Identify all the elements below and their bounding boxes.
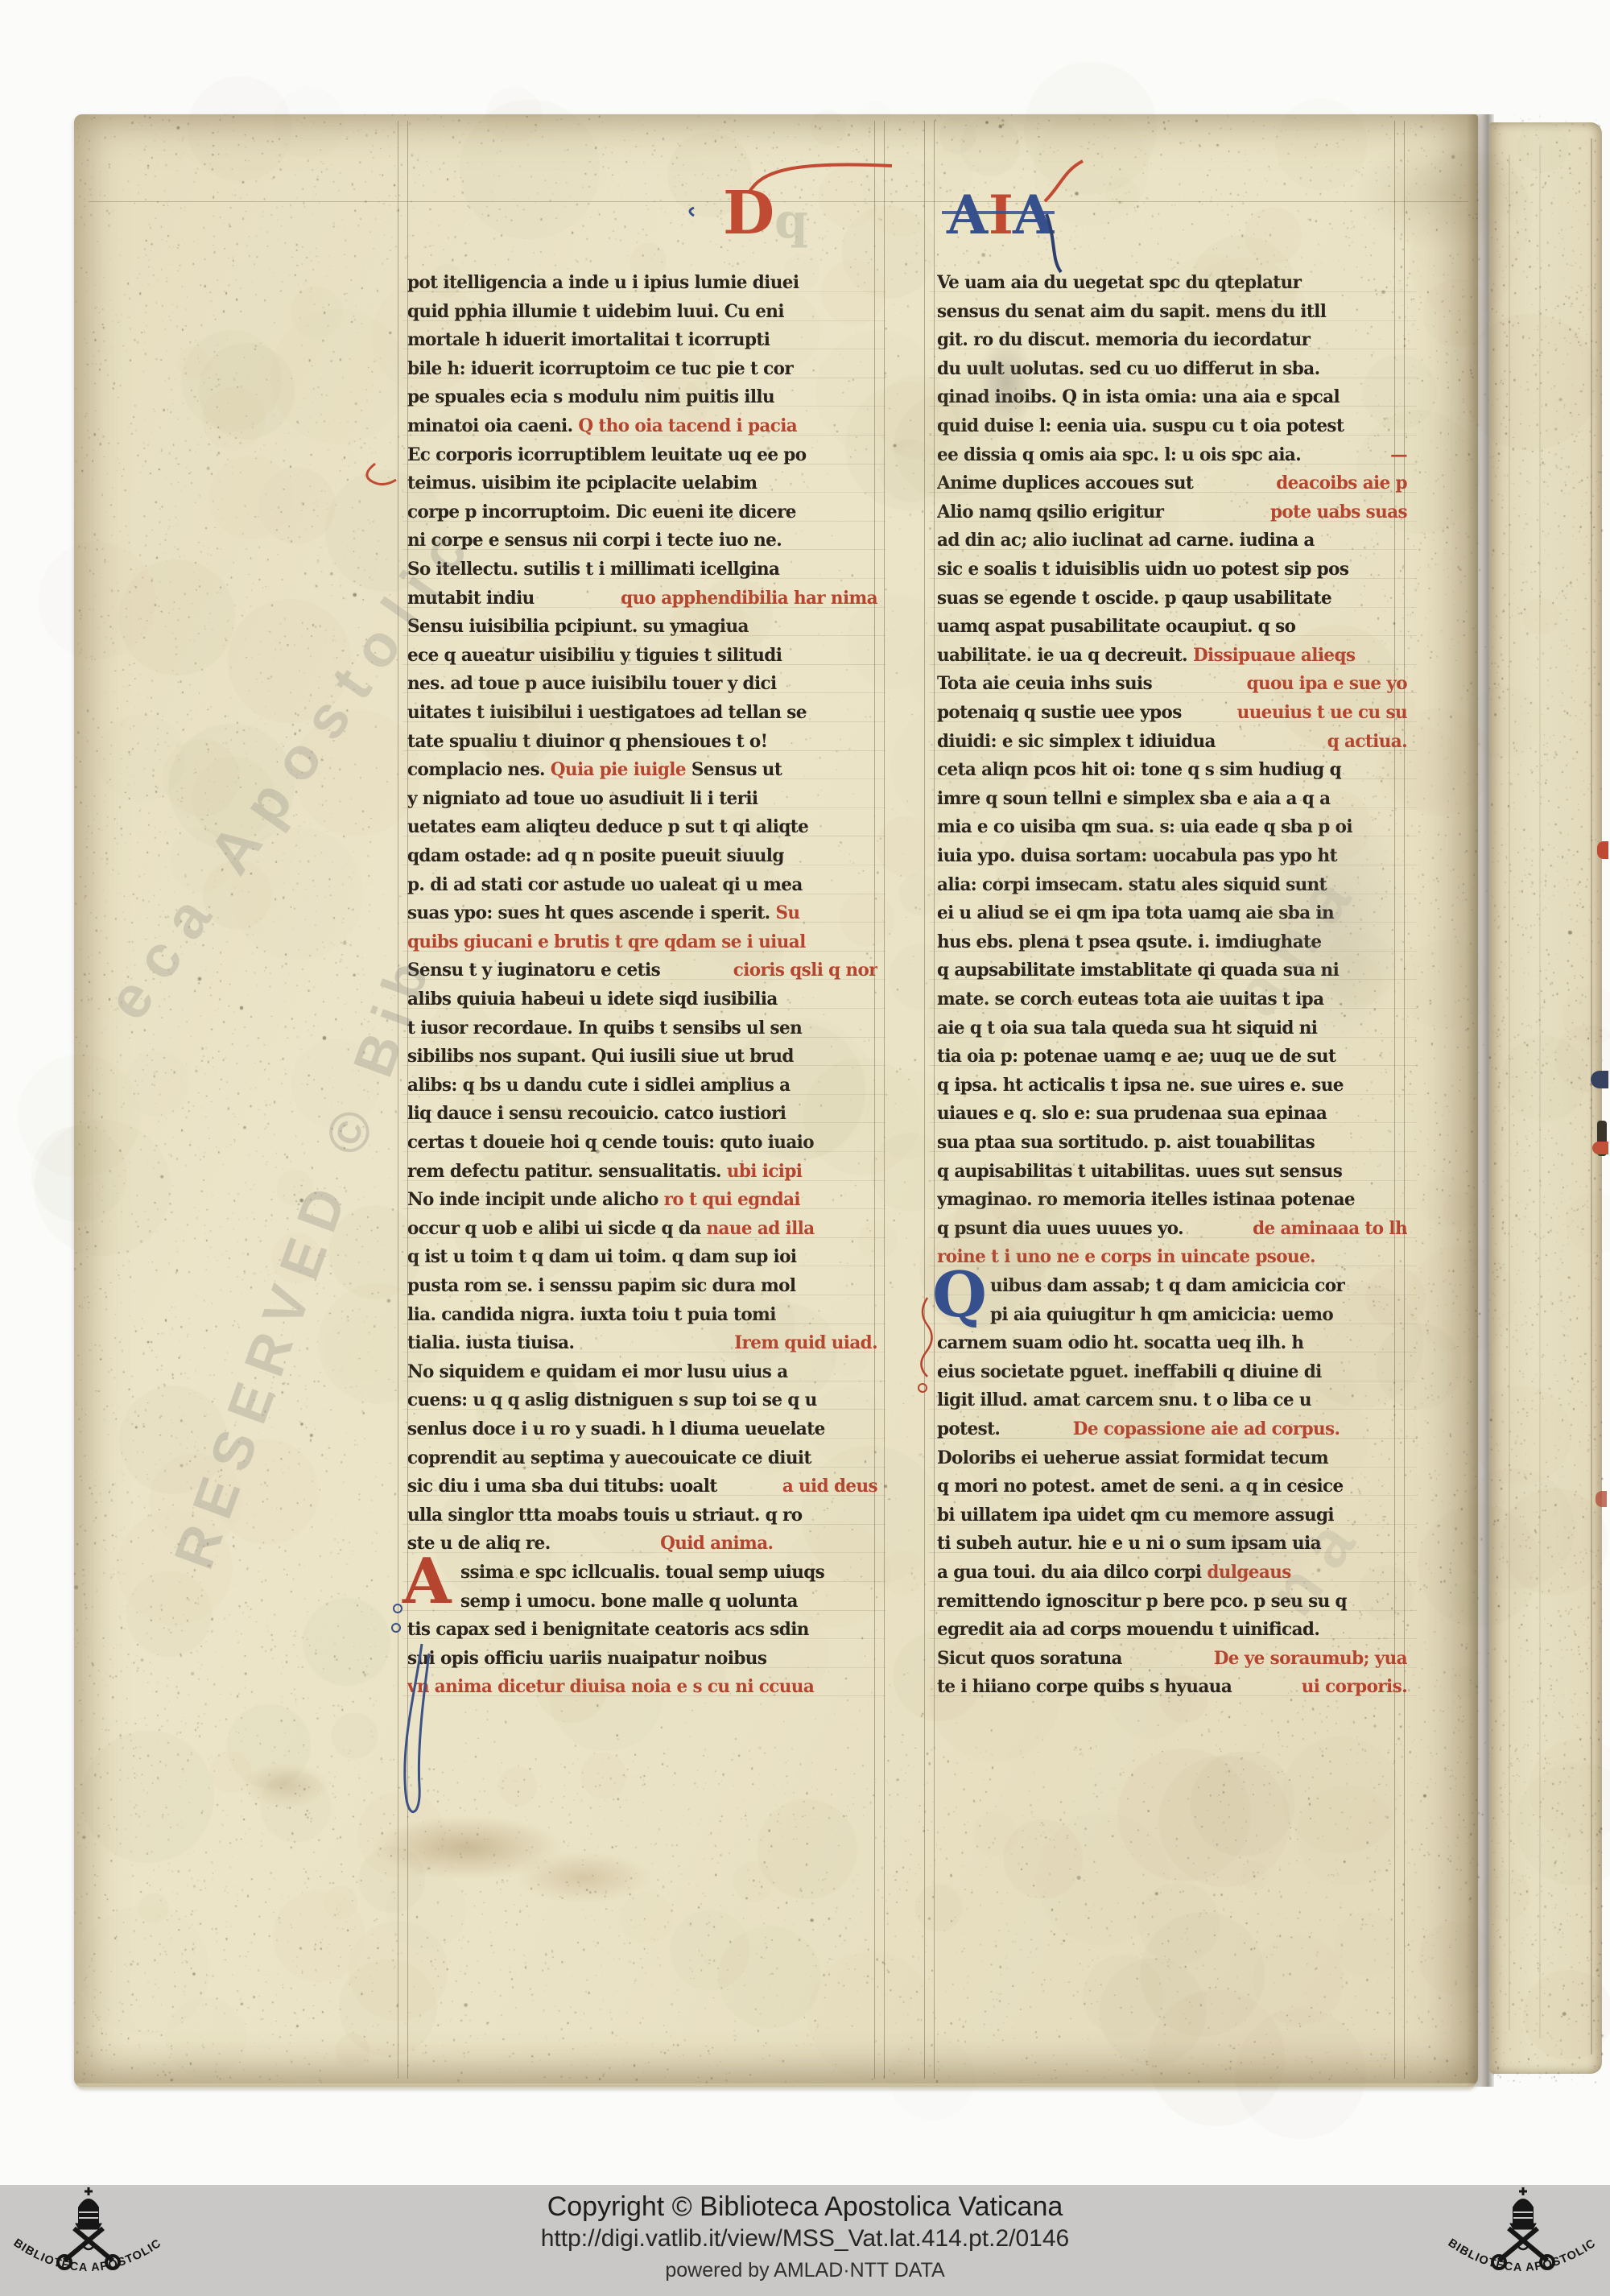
line-gap [1169, 499, 1270, 528]
ink-text: q ipsa. ht acticalis t ipsa ne. sue uire… [937, 1072, 1344, 1101]
logo-arc-text: BIBLIOTECA APOSTOLICA VATICANA [5, 2187, 164, 2274]
text-line: pot itelligencia a inde u i ipius lumie … [407, 270, 877, 299]
rubric-text: naue ad illa [707, 1216, 815, 1245]
rubric-text: quibs giucani e brutis t qre qdam se i u… [407, 929, 806, 958]
rubric-text: pote uabs suas [1270, 499, 1407, 528]
ink-text: ee dissia q omis aia spc. l: u ois spc a… [937, 442, 1307, 471]
text-line: uabilitate. ie ua q decreuit. Dissipuaue… [937, 642, 1407, 671]
ink-text: aie q t oia sua tala queda sua ht siquid… [937, 1015, 1317, 1044]
rubric-text: a uid deus [782, 1473, 877, 1502]
ink-text: quid pphia illumie t uidebim luui. Cu en… [407, 299, 784, 328]
text-line: ulla singlor ttta moabs touis u striaut.… [407, 1502, 877, 1531]
ink-text: certas t doueie hoi q cende touis: quto … [407, 1129, 814, 1158]
vertical-ruling [398, 121, 398, 2079]
page-bottom-edge [77, 2083, 1475, 2092]
powered-by-line: powered by AMLAD·NTT DATA [0, 2259, 1610, 2282]
text-line: diuidi: e sic simplex t idiuidua q actiu… [937, 729, 1407, 758]
text-line: ee dissia q omis aia spc. l: u ois spc a… [937, 442, 1407, 471]
text-line: alibs: q bs u dandu cute i sidlei ampliu… [407, 1072, 877, 1101]
text-line: alibs quiuia habeui u idete siqd iusibil… [407, 986, 877, 1015]
text-line: occur q uob e alibi ui sicde q da naue a… [407, 1216, 877, 1245]
rubric-text: Irem quid uiad. [734, 1330, 877, 1359]
ink-text: qdam ostade: ad q n posite pueuit siuulg [407, 843, 784, 872]
ink-text: lia. candida nigra. iuxta toiu t puia to… [407, 1302, 776, 1331]
text-line: pi aia quiugitur h qm amicicia: uemo [937, 1302, 1460, 1331]
ink-text: carnem suam odio ht. socatta ueq ilh. h [937, 1330, 1303, 1359]
ink-text: q psunt dia uues uuues yo. [937, 1216, 1189, 1245]
rubric-text: — [1390, 442, 1407, 471]
facing-page-rule [1509, 155, 1510, 2030]
text-line: No inde incipit unde alicho ro t qui egn… [407, 1187, 877, 1216]
rubric-text: q actiua. [1327, 729, 1407, 758]
svg-text:BIBLIOTECA APOSTOLICA VATICANA: BIBLIOTECA APOSTOLICA VATICANA [5, 2187, 164, 2274]
parchment-stain [515, 1852, 652, 1903]
facing-page-red-mark-fragment [1596, 1491, 1607, 1507]
text-line: p. di ad stati cor astude uo ualeat qi u… [407, 872, 877, 901]
vatican-library-logo-left: BIBLIOTECA APOSTOLICA VATICANA [5, 2187, 171, 2294]
illuminated-initial-a: A [402, 1554, 452, 1610]
illuminated-initial-q: Q [932, 1267, 987, 1324]
text-line: ceta aliqn pcos hit oi: tone q s sim hud… [937, 757, 1407, 786]
text-line: cuens: u q q aslig distniguen s sup toi … [407, 1388, 877, 1417]
text-line: te i hiiano corpe quibs s hyuaua ui corp… [937, 1675, 1407, 1703]
ink-text: ceta aliqn pcos hit oi: tone q s sim hud… [937, 757, 1341, 786]
text-line: mutabit indiu quo apphendibilia har nima [407, 585, 877, 614]
parchment-stain [242, 1763, 330, 1808]
ink-text: y nigniato ad toue uo asudiuit li i teri… [407, 786, 758, 815]
facing-page-red-mark-fragment [1592, 1142, 1608, 1154]
ink-text: Sensu t y iuginatoru e cetis [407, 958, 666, 987]
text-line: sui opis officiu uariis nuaipatur noibus [407, 1646, 877, 1675]
text-line: ste u de aliq re. Quid anima. [407, 1531, 877, 1560]
text-line: q ipsa. ht acticalis t ipsa ne. sue uire… [937, 1072, 1407, 1101]
ink-text: Ve uam aia du uegetat spc du qteplatur [937, 270, 1301, 299]
rubric-text: Dissipuaue alieqs [1193, 642, 1355, 671]
text-line: sua ptaa sua sortitudo. p. aist touabili… [937, 1129, 1407, 1158]
ink-text: pusta rom se. i senssu papim sic dura mo… [407, 1273, 795, 1302]
text-line: Tota aie ceuia inhs suis quou ipa e sue … [937, 671, 1407, 700]
text-line: uiaues e q. slo e: sua prudenaa sua epin… [937, 1101, 1407, 1130]
ink-text: pe spuales ecia s modulu nim puitis illu [407, 385, 774, 414]
ink-text: Ec corporis icorruptiblem leuitate uq ee… [407, 442, 806, 471]
text-line: No siquidem e quidam ei mor lusu uius a [407, 1359, 877, 1388]
ink-text: sensus du senat aim du sapit. mens du it… [937, 299, 1326, 328]
text-line: teimus. uisibim ite pciplacite uelabim [407, 470, 877, 499]
text-line: corpe p incorruptoim. Dic eueni ite dice… [407, 499, 877, 528]
tiara-cross-icon [1519, 2187, 1527, 2195]
line-gap [1128, 1646, 1214, 1675]
text-line: senlus doce i u ro y suadi. h l diuma ue… [407, 1416, 877, 1445]
text-line: uitates t iuisibilui i uestigatoes ad te… [407, 700, 877, 729]
text-line: q ist u toim t q dam ui toim. q dam sup … [407, 1245, 877, 1274]
rubric-text: uueuius t ue cu su [1237, 700, 1407, 729]
ink-text: cuens: u q q aslig distniguen s sup toi … [407, 1388, 817, 1417]
ink-text: q aupisabilitas t uitabilitas. uues sut … [937, 1158, 1342, 1187]
tiara-cross-icon [85, 2187, 93, 2195]
text-line: semp i umocu. bone malle q uolunta [407, 1588, 931, 1617]
text-line: uetates eam aliqteu deduce p sut t qi al… [407, 815, 877, 844]
line-gap [1005, 1416, 1073, 1445]
text-line: uibus dam assab; t q dam amicicia cor [937, 1273, 1460, 1302]
ink-text: p. di ad stati cor astude uo ualeat qi u… [407, 872, 803, 901]
ink-text: suas ypo: sues ht ques ascende i sperit. [407, 900, 775, 929]
source-url-line: http://digi.vatlib.it/view/MSS_Vat.lat.4… [0, 2225, 1610, 2253]
text-line: potenaiq q sustie uee ypos uueuius t ue … [937, 700, 1407, 729]
ink-text: q ist u toim t q dam ui toim. q dam sup … [407, 1245, 796, 1274]
line-gap [580, 1330, 734, 1359]
ink-text: tialia. iusta tiuisa. [407, 1330, 580, 1359]
ink-text: uiaues e q. slo e: sua prudenaa sua epin… [937, 1101, 1327, 1130]
rubric-text: de aminaaa to lh [1253, 1216, 1407, 1245]
ink-text: diuidi: e sic simplex t idiuidua [937, 729, 1221, 758]
ink-text: egredit aia ad corps mouendu t uinificad… [937, 1617, 1319, 1646]
ink-text: ad din ac; alio iuclinat ad carne. iudin… [937, 528, 1315, 557]
vatican-library-logo-right: BIBLIOTECA APOSTOLICA VATICANA [1439, 2187, 1605, 2294]
ink-text: suas se egende t oscide. p qaup usabilit… [937, 585, 1331, 614]
ink-text: tate spualiu t diuinor q phensioues t o! [407, 729, 768, 758]
crossed-key-icon [74, 2228, 113, 2261]
ink-text: alibs: q bs u dandu cute i sidlei ampliu… [407, 1072, 791, 1101]
text-line: Anime duplices accoues sut deacoibs aie … [937, 470, 1407, 499]
rubric-text: Quid anima. [660, 1531, 773, 1560]
ink-text: uabilitate. ie ua q decreuit. [937, 642, 1193, 671]
ink-text: tia oia p: potenae uamq e ae; uuq ue de … [937, 1043, 1335, 1072]
text-line: ad din ac; alio iuclinat ad carne. iudin… [937, 528, 1407, 557]
vertical-ruling [924, 121, 925, 2079]
ink-text: bile h: iduerit icorruptoim ce tuc pie t… [407, 356, 793, 385]
rubric-text: roine t i uno ne e corps in uincate psou… [937, 1245, 1315, 1274]
text-line: coprendit au septima y auecouicate ce di… [407, 1445, 877, 1474]
ink-text: imre q soun tellni e simplex sba e aia a… [937, 786, 1330, 815]
facing-page-rule [1539, 147, 1541, 2038]
ink-text: Sensus ut [691, 757, 782, 786]
ink-text: Anime duplices accoues sut [937, 470, 1199, 499]
text-line: certas t doueie hoi q cende touis: quto … [407, 1129, 877, 1158]
text-line: qdam ostade: ad q n posite pueuit siuulg [407, 843, 877, 872]
facing-page-red-initial-fragment [1597, 841, 1608, 859]
ink-text: ece q aueatur uisibiliu y tiguies t sili… [407, 642, 782, 671]
ink-text: occur q uob e alibi ui sicde q da [407, 1216, 707, 1245]
vertical-ruling [884, 121, 885, 2079]
ink-text: uitates t iuisibilui i uestigatoes ad te… [407, 700, 807, 729]
ink-text: teimus. uisibim ite pciplacite uelabim [407, 470, 757, 499]
text-line: Ec corporis icorruptiblem leuitate uq ee… [407, 442, 877, 471]
text-column-left: pot itelligencia a inde u i ipius lumie … [407, 270, 877, 1736]
line-gap [1199, 470, 1276, 499]
text-line: Ve uam aia du uegetat spc du qteplatur [937, 270, 1407, 299]
ink-text: senlus doce i u ro y suadi. h l diuma ue… [407, 1416, 825, 1445]
text-line: liq dauce i sensu recouicio. catco iusti… [407, 1101, 877, 1130]
text-line: rem defectu patitur. sensualitatis. ubi … [407, 1158, 877, 1187]
ink-text: sua ptaa sua sortitudo. p. aist touabili… [937, 1129, 1315, 1158]
corner-stain [1352, 137, 1529, 250]
tiara-base [1510, 2224, 1536, 2229]
line-gap [1307, 442, 1390, 471]
text-line: lia. candida nigra. iuxta toiu t puia to… [407, 1302, 877, 1331]
line-gap [1221, 729, 1327, 758]
text-line: uamq aspat pusabilitate ocaupiut. q so [937, 613, 1407, 642]
rubric-text: deacoibs aie p [1276, 470, 1407, 499]
text-line: t iusor recordaue. In quibs t sensibs ul… [407, 1015, 877, 1044]
line-gap [555, 1531, 660, 1560]
line-gap [1237, 1675, 1302, 1703]
running-title-letter-d: D [723, 179, 774, 248]
text-line: potest. De copassione aie ad corpus. [937, 1416, 1407, 1445]
ink-text: tis capax sed i benignitate ceatoris acs… [407, 1617, 809, 1646]
line-gap [1189, 1216, 1253, 1245]
ink-text: uibus dam assab; t q dam amicicia cor [990, 1273, 1344, 1302]
smudge-stain [978, 338, 1034, 427]
ink-text: te i hiiano corpe quibs s hyuaua [937, 1675, 1237, 1703]
rubric-text: ui corporis. [1302, 1675, 1407, 1703]
facing-page-rule [1591, 138, 1592, 2054]
ink-text: ligit illud. amat carcem snu. t o liba c… [937, 1388, 1311, 1417]
text-line: egredit aia ad corps mouendu t uinificad… [937, 1617, 1407, 1646]
svg-text:BIBLIOTECA APOSTOLICA VATICANA: BIBLIOTECA APOSTOLICA VATICANA [1439, 2187, 1599, 2274]
ink-text: corpe p incorruptoim. Dic eueni ite dice… [407, 499, 796, 528]
ink-text: potenaiq q sustie uee ypos [937, 700, 1187, 729]
ink-text: sic e soalis t iduisiblis uidn uo potest… [937, 556, 1348, 585]
ink-text: No siquidem e quidam ei mor lusu uius a [407, 1359, 788, 1388]
line-gap [1158, 671, 1247, 700]
text-line: tate spualiu t diuinor q phensioues t o! [407, 729, 877, 758]
line-gap [1340, 1416, 1407, 1445]
text-line: mortale h iduerit imortalitai t icorrupt… [407, 327, 877, 356]
text-line: nes. ad toue p auce iuisibilu touer y di… [407, 671, 877, 700]
running-title-ghost-letter: q [774, 193, 808, 250]
rubric-text: Quia pie iuigle [551, 757, 691, 786]
ink-text: semp i umocu. bone malle q uolunta [460, 1588, 798, 1617]
ink-text: sui opis officiu uariis nuaipatur noibus [407, 1646, 766, 1675]
ink-text: eius societate pguet. ineffabili q diuin… [937, 1359, 1322, 1388]
crossed-key-icon [1499, 2228, 1538, 2261]
ink-text: Alio namq qsilio erigitur [937, 499, 1169, 528]
text-line: eius societate pguet. ineffabili q diuin… [937, 1359, 1407, 1388]
logo-arc-text: BIBLIOTECA APOSTOLICA VATICANA [1439, 2187, 1599, 2274]
crossed-key-icon [64, 2228, 103, 2261]
facing-page-blue-mark-fragment [1591, 1071, 1608, 1088]
text-line: pusta rom se. i senssu papim sic dura mo… [407, 1273, 877, 1302]
line-gap [1187, 700, 1237, 729]
ink-text: Sicut quos soratuna [937, 1646, 1128, 1675]
rubric-text: quou ipa e sue yo [1247, 671, 1407, 700]
ink-text: ulla singlor ttta moabs touis u striaut.… [407, 1502, 802, 1531]
text-line: quibs giucani e brutis t qre qdam se i u… [407, 929, 877, 958]
text-line: complacio nes. Quia pie iuigle Sensus ut [407, 757, 877, 786]
ink-text: coprendit au septima y auecouicate ce di… [407, 1445, 811, 1474]
text-line: roine t i uno ne e corps in uincate psou… [937, 1245, 1407, 1274]
text-line: sensus du senat aim du sapit. mens du it… [937, 299, 1407, 328]
text-line: Alio namq qsilio erigitur pote uabs suas [937, 499, 1407, 528]
ink-text: pot itelligencia a inde u i ipius lumie … [407, 270, 799, 299]
ink-text: sic diu i uma sba dui titubs: uoalt [407, 1473, 723, 1502]
ink-text: pi aia quiugitur h qm amicicia: uemo [990, 1302, 1333, 1331]
text-line: tis capax sed i benignitate ceatoris acs… [407, 1617, 877, 1646]
ink-text: nes. ad toue p auce iuisibilu touer y di… [407, 671, 777, 700]
running-title-letter-i: I [989, 184, 1013, 246]
rubric-text: ro t qui egndai [664, 1187, 800, 1216]
ink-text: potest. [937, 1416, 1005, 1445]
running-title-letter-a1: A [947, 184, 988, 246]
ink-text: mortale h iduerit imortalitai t icorrupt… [407, 327, 770, 356]
text-line: ligit illud. amat carcem snu. t o liba c… [937, 1388, 1407, 1417]
rubric-text: De ye soraumub; yua [1214, 1646, 1407, 1675]
ink-text: sibilibs nos supant. Qui iusili siue ut … [407, 1043, 794, 1072]
ink-text: Sensu iuisibilia pcipiunt. su ymagiua [407, 613, 749, 642]
ink-text: uetates eam aliqteu deduce p sut t qi al… [407, 815, 808, 844]
text-line: carnem suam odio ht. socatta ueq ilh. h [937, 1330, 1407, 1359]
text-line: vn anima dicetur diuisa noia e s cu ni c… [407, 1675, 877, 1703]
tiara-base [76, 2224, 101, 2229]
ink-text: ymaginao. ro memoria itelles istinaa pot… [937, 1187, 1355, 1216]
text-line: ssima e spc icllcualis. toual semp uiuqs [407, 1559, 931, 1588]
ink-text: No inde incipit unde alicho [407, 1187, 664, 1216]
rubric-text: ubi icipi [727, 1158, 803, 1187]
text-line: ymaginao. ro memoria itelles istinaa pot… [937, 1187, 1407, 1216]
ink-text: rem defectu patitur. sensualitatis. [407, 1158, 727, 1187]
rubric-text: vn anima dicetur diuisa noia e s cu ni c… [407, 1675, 814, 1703]
scanned-manuscript-viewer: D q A I A pot itelligencia a inde u i ip… [0, 0, 1610, 2296]
ink-text: alibs quiuia habeui u idete siqd iusibil… [407, 986, 778, 1015]
ink-text: liq dauce i sensu recouicio. catco iusti… [407, 1101, 786, 1130]
running-title-letter-a2: A [1013, 184, 1054, 246]
vertical-ruling [934, 121, 935, 2079]
text-line: q psunt dia uues uuues yo. de aminaaa to… [937, 1216, 1407, 1245]
text-line: minatoi oia caeni. Q tho oia tacend i pa… [407, 413, 877, 442]
text-line: Sensu iuisibilia pcipiunt. su ymagiua [407, 613, 877, 642]
ink-text: Tota aie ceuia inhs suis [937, 671, 1158, 700]
line-gap [723, 1473, 782, 1502]
text-line: sibilibs nos supant. Qui iusili siue ut … [407, 1043, 877, 1072]
ink-text: t iusor recordaue. In quibs t sensibs ul… [407, 1015, 802, 1044]
text-line: Sensu t y iuginatoru e cetis cioris qsli… [407, 958, 877, 987]
text-line: quid pphia illumie t uidebim luui. Cu en… [407, 299, 877, 328]
text-line: ece q aueatur uisibiliu y tiguies t sili… [407, 642, 877, 671]
ink-text: uamq aspat pusabilitate ocaupiut. q so [937, 613, 1295, 642]
text-line: suas ypo: sues ht ques ascende i sperit.… [407, 900, 877, 929]
text-line: sic diu i uma sba dui titubs: uoalt a ui… [407, 1473, 877, 1502]
text-line: y nigniato ad toue uo asudiuit li i teri… [407, 786, 877, 815]
line-gap [666, 958, 733, 987]
footer-band: Copyright © Biblioteca Apostolica Vatica… [0, 2185, 1610, 2296]
copyright-line: Copyright © Biblioteca Apostolica Vatica… [0, 2191, 1610, 2223]
facing-page-edge [1489, 122, 1602, 2074]
ink-text: minatoi oia caeni. [407, 413, 578, 442]
text-line: tialia. iusta tiuisa. Irem quid uiad. [407, 1330, 877, 1359]
text-line: q aupisabilitas t uitabilitas. uues sut … [937, 1158, 1407, 1187]
text-line: Sicut quos soratuna De ye soraumub; yua [937, 1646, 1407, 1675]
rubric-text: Su [775, 900, 799, 929]
ink-text: ssima e spc icllcualis. toual semp uiuqs [460, 1559, 824, 1588]
text-line: bile h: iduerit icorruptoim ce tuc pie t… [407, 356, 877, 385]
text-line: pe spuales ecia s modulu nim puitis illu [407, 385, 877, 414]
rubric-text: quo apphendibilia har nima [621, 585, 877, 614]
crossed-key-icon [1509, 2228, 1547, 2261]
rubric-text: cioris qsli q nor [733, 958, 877, 987]
ink-text: complacio nes. [407, 757, 551, 786]
line-gap [773, 1531, 877, 1560]
line-gap [540, 585, 621, 614]
text-line: sic e soalis t iduisiblis uidn uo potest… [937, 556, 1407, 585]
rubric-text: Q tho oia tacend i pacia [578, 413, 797, 442]
text-line: suas se egende t oscide. p qaup usabilit… [937, 585, 1407, 614]
